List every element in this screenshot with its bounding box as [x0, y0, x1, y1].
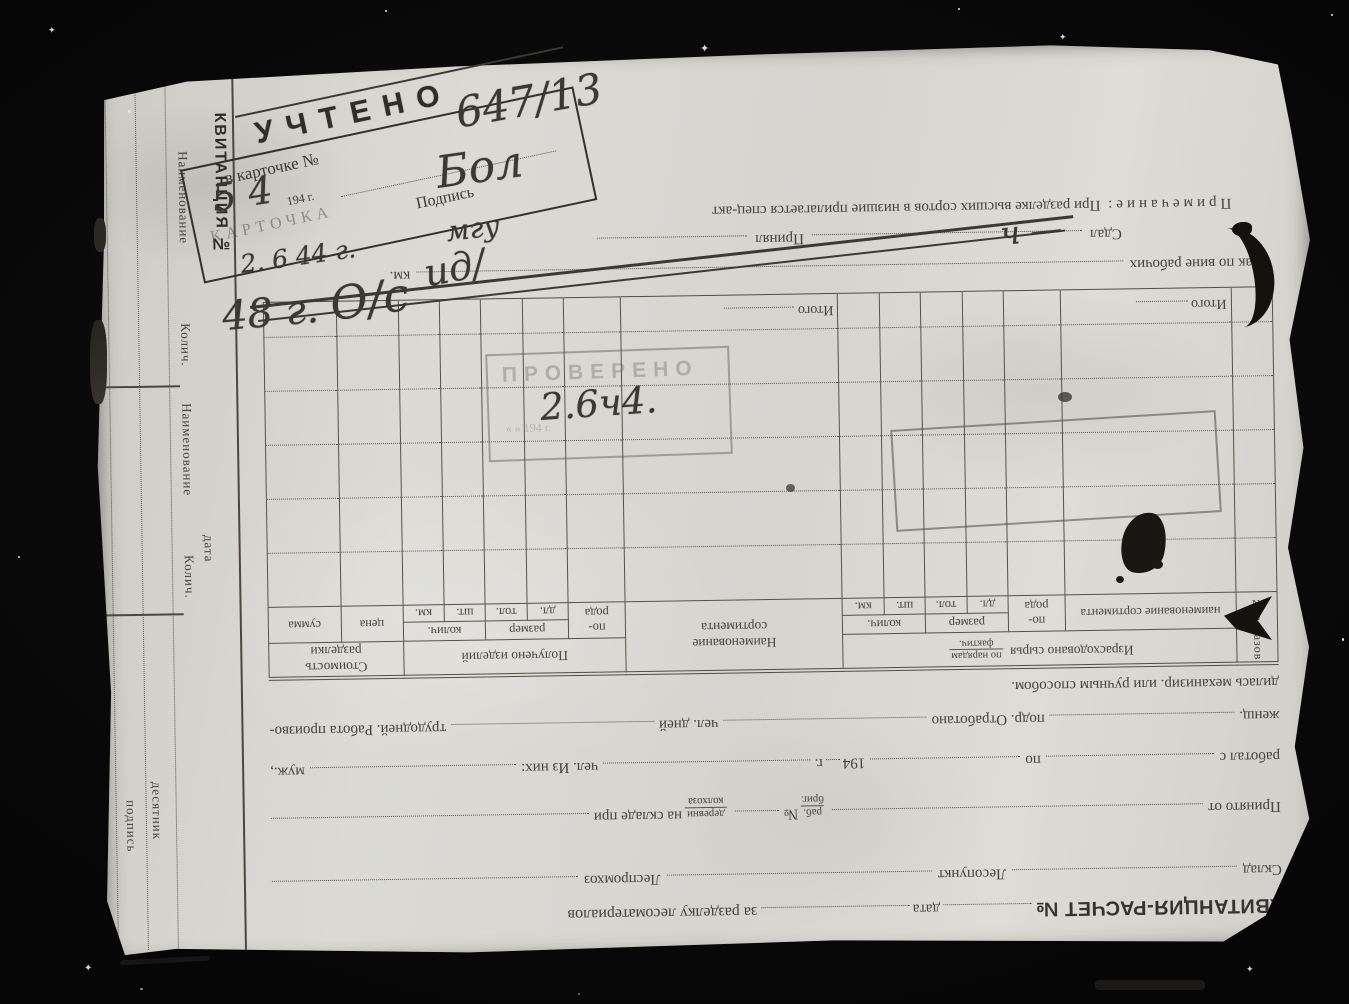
stub-date-label: дата: [200, 535, 218, 645]
edge-smudge: [94, 218, 106, 252]
dust-speck: ✦: [700, 42, 709, 55]
worked-from-blank: [1046, 753, 1215, 770]
worked-to-blank: [870, 756, 1020, 772]
dust-speck: [1342, 638, 1344, 641]
location-row: Склад Лесопункт Леспромхоз: [272, 860, 1282, 895]
lespromhoz-blank: [272, 876, 578, 895]
stub-desyatnik-label: десятник: [148, 782, 166, 912]
faint-stamp-smudge: [913, 447, 914, 470]
prinyal-blank: [597, 235, 747, 251]
stub-podpis-label: подпись: [123, 800, 141, 950]
dust-speck: [18, 556, 20, 558]
podr-label: подр. Отработано: [931, 710, 1045, 729]
backdrop-smudge: [1095, 980, 1205, 990]
accepted-label: Принято от: [1208, 797, 1281, 815]
number-sign: №: [784, 805, 799, 822]
dust-speck: [128, 110, 131, 113]
dust-speck: ✦: [1246, 965, 1254, 975]
spent-poroda-header: по-рода: [1008, 595, 1065, 632]
men-count-blank: [310, 764, 516, 781]
stub-naimenovanie-header: Наименование: [178, 403, 196, 531]
dust-speck: [578, 993, 580, 995]
dust-speck: ✦: [1059, 33, 1067, 43]
spent-razmer-header: размер: [925, 613, 1008, 633]
workdays-label: трудодней. Работа произво-: [269, 719, 446, 739]
note-label: Примечание:: [1104, 195, 1231, 213]
worked-from-label: работал с: [1219, 747, 1280, 765]
received-total-label: Итого: [620, 293, 838, 331]
spent-kolich-header: колич.: [843, 614, 926, 634]
workdays-blank: [451, 721, 654, 738]
rab-brig-fraction: раб.бриг.: [801, 793, 824, 819]
warehouse-blank: [271, 813, 589, 832]
faint-stamp-box: [890, 410, 1222, 532]
accepted-row: Принято от раб.бриг. № деревниколхоза на…: [271, 786, 1281, 832]
dust-speck: ✦: [48, 26, 56, 36]
men-label: муж.,: [270, 762, 305, 780]
lesopunkt-blank: [666, 870, 932, 888]
dust-speck: [1331, 14, 1333, 16]
received-sht-header: шт.: [444, 604, 486, 622]
stub-kolich-header: Колич.: [177, 323, 194, 379]
defect-row: Брак по вине рабочих км.: [262, 253, 1272, 288]
worked-row: работал с по 194 г. чел. Из них: муж.,: [270, 747, 1280, 782]
spent-dl-header: дл.: [967, 596, 1009, 614]
sklad-blank: [1012, 866, 1237, 884]
received-dl-header: дл.: [527, 603, 569, 621]
women-row: женщ. подр. Отработано чел. дней трудодн…: [269, 706, 1279, 741]
ink-blot: [1116, 576, 1124, 583]
handwritten-check-date: 2.6ч4.: [539, 378, 659, 429]
spent-tol-header: тол.: [925, 596, 967, 614]
scanned-receipt-photo: КВИТАНЦИЯ-РАСЧЕТ № дата за разделку лесо…: [0, 0, 1349, 1004]
cost-group-header: Стоимостьразделки: [269, 641, 404, 679]
stub-ruled-line: [104, 73, 119, 950]
backdrop-smudge: [120, 956, 210, 966]
price-header: цена: [341, 605, 404, 642]
dust-speck: [140, 988, 143, 990]
accepted-blank: [832, 803, 1203, 823]
sdal-label: Сдал: [1090, 224, 1122, 241]
ink-spot: [1058, 392, 1072, 402]
continuation-label: дилась механизир. или ручным способом.: [1011, 674, 1279, 694]
received-kolich-header: колич.: [403, 621, 486, 641]
ucheno-year-label: 194 г.: [285, 189, 315, 209]
received-group-header: Получено изделий: [403, 638, 626, 677]
warehouse-label: на складе при: [594, 806, 682, 824]
women-blank: [1050, 712, 1235, 729]
ink-blot: [1232, 222, 1252, 236]
spent-sht-header: шт.: [884, 597, 926, 615]
spent-km-header: км.: [842, 598, 884, 616]
people-count-blank: [603, 759, 809, 776]
prinyal-label: Принял: [755, 229, 804, 247]
dust-speck: [958, 8, 960, 10]
lespromhoz-label: Леспромхоз: [584, 870, 661, 888]
dust-speck: ✦: [84, 963, 92, 974]
derevni-kolkhoza-fraction: деревниколхоза: [685, 795, 727, 821]
mandays-label: чел. дней: [659, 715, 719, 733]
form-title: КВИТАНЦИЯ-РАСЧЕТ №: [1035, 894, 1282, 920]
dust-speck: [385, 10, 387, 12]
received-razmer-header: размер: [486, 620, 569, 640]
women-label: женщ.: [1239, 706, 1279, 724]
people-label: чел. Из них:: [521, 758, 599, 776]
handwritten-os: О/с: [327, 267, 413, 331]
handwritten-quantity: 48 г.: [220, 286, 320, 340]
brigade-number-blank: [735, 810, 779, 825]
date-label: дата: [913, 900, 941, 916]
spent-group-header: Израсходовано сырья по нарядамфактич.: [843, 628, 1237, 670]
handwritten-card-numbers: 5 4: [209, 168, 276, 221]
year-blank: [826, 759, 840, 773]
year-label: 194: [843, 753, 866, 770]
sklad-label: Склад: [1243, 860, 1282, 878]
sum-header: сумма: [268, 606, 341, 643]
g-label: г.: [814, 754, 822, 771]
handwritten-tail: ч —: [998, 209, 1064, 253]
spent-fraction: по нарядамфактич.: [949, 637, 1004, 662]
mandays-blank: [724, 716, 927, 733]
ink-blot: [1152, 560, 1163, 569]
center-name-header: Наименованиесортимента: [625, 598, 843, 673]
received-km-header: км.: [403, 605, 445, 623]
purpose-label: за разделку лесоматериалов: [567, 903, 757, 923]
stub-kolich-header: Колич.: [181, 555, 198, 611]
received-tol-header: тол.: [485, 603, 527, 621]
edge-smudge: [90, 320, 107, 404]
title-row: КВИТАНЦИЯ-РАСЧЕТ № дата за разделку лесо…: [272, 893, 1282, 932]
lesopunkt-label: Лесопункт: [938, 864, 1007, 882]
date-blank: [761, 905, 909, 921]
ink-spot: [786, 484, 795, 492]
worked-to-label: по: [1025, 751, 1041, 768]
spent-name-header: наименование сортимента: [1065, 592, 1236, 631]
received-poroda-header: по-рода: [568, 602, 625, 639]
number-blank: [944, 903, 1032, 918]
